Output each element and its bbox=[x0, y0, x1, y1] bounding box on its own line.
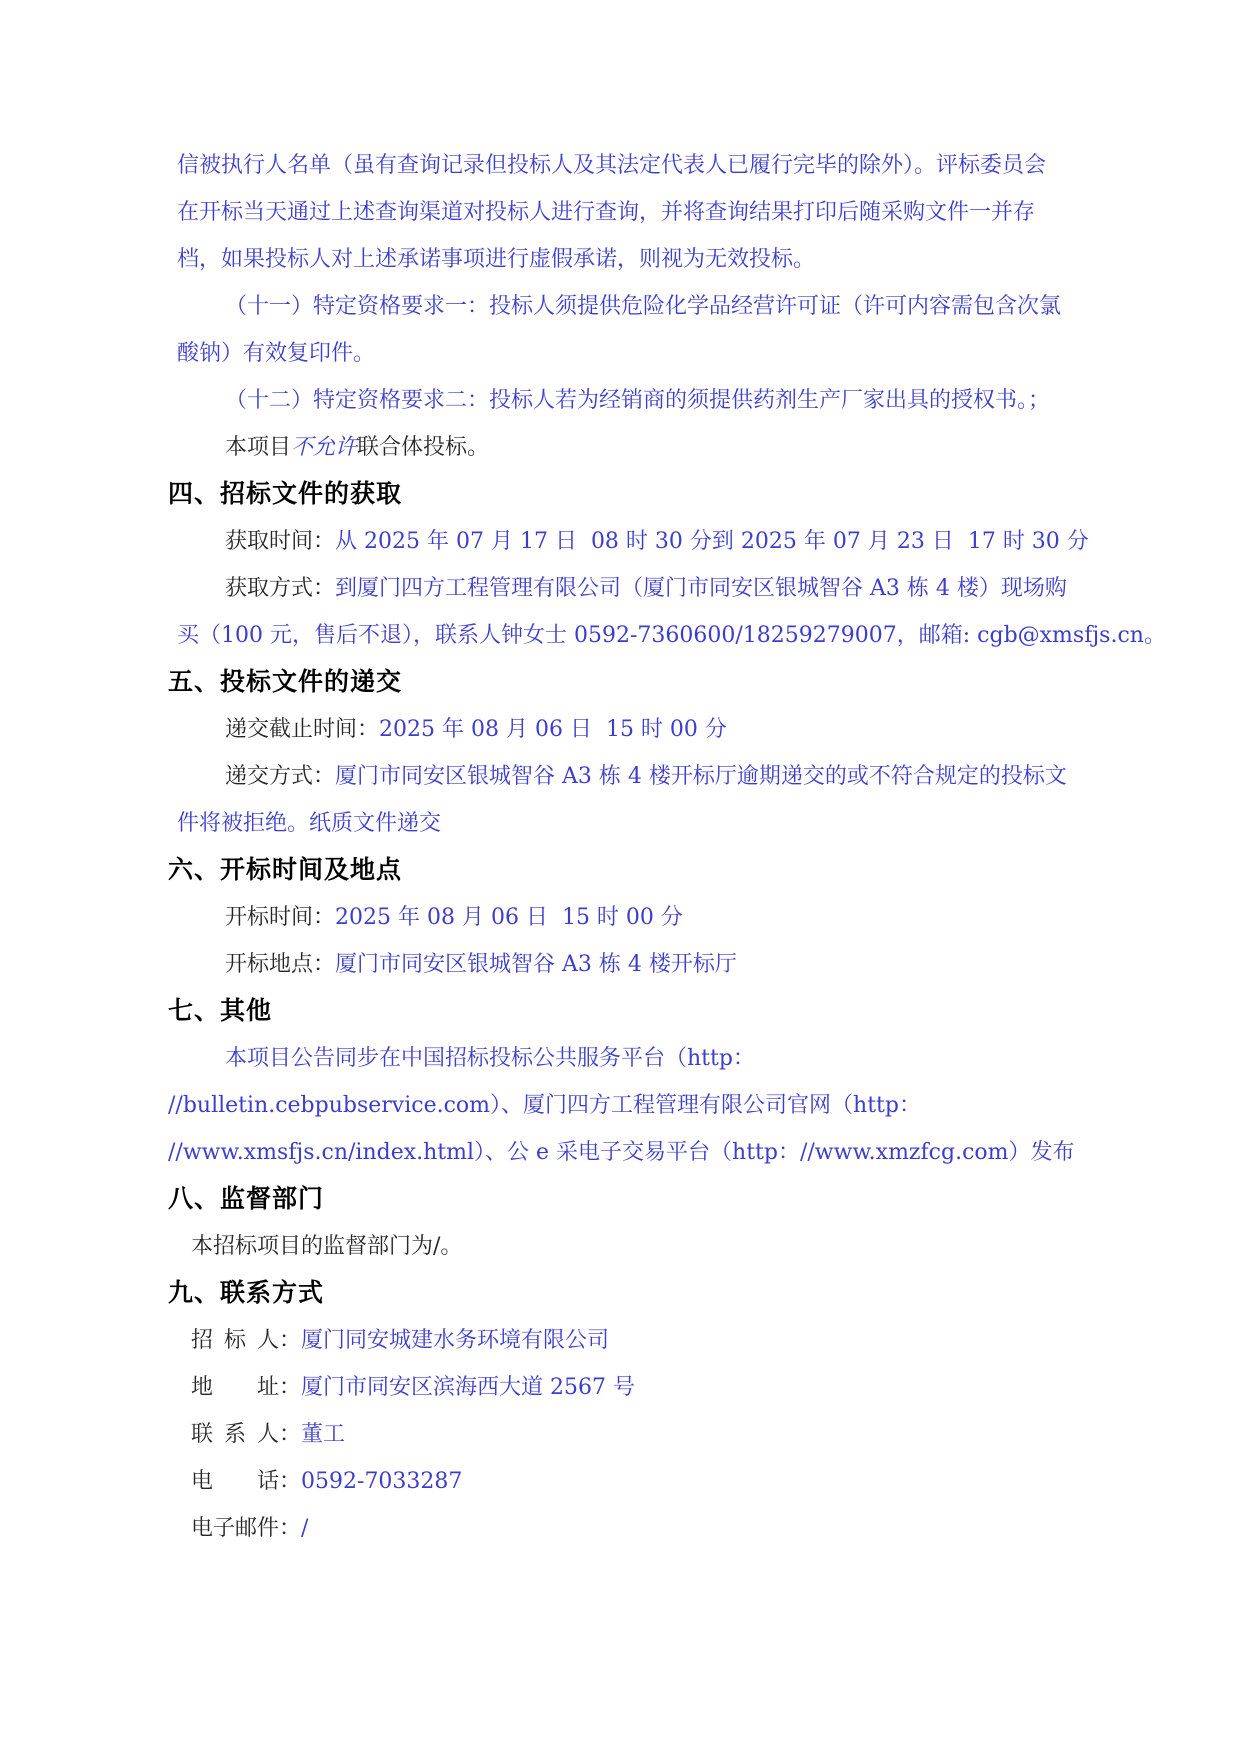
text-line: 获取方式：到厦门四方工程管理有限公司（厦门市同安区银城智谷 A3 栋 4 楼）现… bbox=[168, 565, 1083, 612]
heading-text: 六、开标时间及地点 bbox=[168, 856, 402, 884]
heading-text: 五、投标文件的递交 bbox=[168, 668, 402, 696]
text-line: 地 址：厦门市同安区滨海西大道 2567 号 bbox=[168, 1364, 1083, 1411]
text-segment: 电子邮件： bbox=[191, 1516, 301, 1541]
text-segment: / bbox=[301, 1516, 308, 1541]
text-segment: 开标时间： bbox=[225, 905, 335, 930]
text-line: //www.xmsfjs.cn/index.html）、公 e 采电子交易平台（… bbox=[168, 1129, 1083, 1176]
text-line: 获取时间：从 2025 年 07 月 17 日 08 时 30 分到 2025 … bbox=[168, 518, 1083, 565]
text-segment: //bulletin.cebpubservice.com）、厦门四方工程管理有限… bbox=[168, 1093, 921, 1118]
text-segment: 2025 年 08 月 06 日 15 时 00 分 bbox=[379, 717, 727, 742]
text-segment: 0592-7033287 bbox=[301, 1469, 462, 1494]
text-line: 电子邮件：/ bbox=[168, 1505, 1083, 1552]
text-line: 本项目公告同步在中国招标投标公共服务平台（http： bbox=[168, 1035, 1083, 1082]
section-heading-5: 八、监督部门 bbox=[168, 1176, 1083, 1223]
section-heading-2: 五、投标文件的递交 bbox=[168, 659, 1083, 706]
section-heading-3: 六、开标时间及地点 bbox=[168, 847, 1083, 894]
text-segment: （十二）特定资格要求二：投标人若为经销商的须提供药剂生产厂家出具的授权书。； bbox=[225, 388, 1050, 413]
heading-text: 七、其他 bbox=[168, 997, 272, 1025]
text-line: 开标地点：厦门市同安区银城智谷 A3 栋 4 楼开标厅 bbox=[168, 941, 1083, 988]
section-heading-6: 九、联系方式 bbox=[168, 1270, 1083, 1317]
text-segment: 在开标当天通过上述查询渠道对投标人进行查询，并将查询结果打印后随采购文件一并存 bbox=[177, 200, 1035, 225]
text-line: 档，如果投标人对上述承诺事项进行虚假承诺，则视为无效投标。 bbox=[168, 236, 1083, 283]
text-segment: //www.xmsfjs.cn/index.html）、公 e 采电子交易平台（… bbox=[168, 1140, 1075, 1165]
text-segment: 招 标 人： bbox=[191, 1328, 301, 1353]
text-segment: 董工 bbox=[301, 1422, 345, 1447]
text-segment: 到厦门四方工程管理有限公司（厦门市同安区银城智谷 A3 栋 4 楼）现场购 bbox=[335, 576, 1067, 601]
text-segment: 厦门市同安区滨海西大道 2567 号 bbox=[301, 1375, 635, 1400]
text-segment: 递交截止时间： bbox=[225, 717, 379, 742]
text-segment: 本项目公告同步在中国招标投标公共服务平台（http： bbox=[225, 1046, 755, 1071]
text-segment: 递交方式： bbox=[225, 764, 335, 789]
text-segment: 地 址： bbox=[191, 1375, 301, 1400]
text-segment: 联 系 人： bbox=[191, 1422, 301, 1447]
text-line: 酸钠）有效复印件。 bbox=[168, 330, 1083, 377]
text-segment: 信被执行人名单（虽有查询记录但投标人及其法定代表人已履行完毕的除外）。评标委员会 bbox=[177, 153, 1046, 178]
text-segment: 联合体投标。 bbox=[357, 435, 489, 460]
text-segment: 档，如果投标人对上述承诺事项进行虚假承诺，则视为无效投标。 bbox=[177, 247, 815, 272]
text-segment: 本项目 bbox=[225, 435, 291, 460]
text-line: 开标时间：2025 年 08 月 06 日 15 时 00 分 bbox=[168, 894, 1083, 941]
text-line: 信被执行人名单（虽有查询记录但投标人及其法定代表人已履行完毕的除外）。评标委员会 bbox=[168, 142, 1083, 189]
section-heading-1: 四、招标文件的获取 bbox=[168, 471, 1083, 518]
text-segment: 厦门同安城建水务环境有限公司 bbox=[301, 1328, 609, 1353]
document-content: 信被执行人名单（虽有查询记录但投标人及其法定代表人已履行完毕的除外）。评标委员会… bbox=[168, 142, 1083, 1552]
heading-text: 四、招标文件的获取 bbox=[168, 480, 402, 508]
text-segment: 酸钠）有效复印件。 bbox=[177, 341, 375, 366]
heading-text: 九、联系方式 bbox=[168, 1279, 324, 1307]
text-segment: 本招标项目的监督部门为/。 bbox=[191, 1234, 462, 1259]
text-segment: 开标地点： bbox=[225, 952, 335, 977]
text-line: 买（100 元，售后不退），联系人钟女士 0592-7360600/182592… bbox=[168, 612, 1083, 659]
document-page: 信被执行人名单（虽有查询记录但投标人及其法定代表人已履行完毕的除外）。评标委员会… bbox=[0, 0, 1240, 1754]
text-line: （十一）特定资格要求一：投标人须提供危险化学品经营许可证（许可内容需包含次氯 bbox=[168, 283, 1083, 330]
text-segment: 厦门市同安区银城智谷 A3 栋 4 楼开标厅逾期递交的或不符合规定的投标文 bbox=[335, 764, 1067, 789]
text-line: 递交方式：厦门市同安区银城智谷 A3 栋 4 楼开标厅逾期递交的或不符合规定的投… bbox=[168, 753, 1083, 800]
text-segment: 件将被拒绝。纸质文件递交 bbox=[177, 811, 441, 836]
text-line: 联 系 人：董工 bbox=[168, 1411, 1083, 1458]
text-line: 本招标项目的监督部门为/。 bbox=[168, 1223, 1083, 1270]
text-line: 电 话：0592-7033287 bbox=[168, 1458, 1083, 1505]
text-line: 件将被拒绝。纸质文件递交 bbox=[168, 800, 1083, 847]
text-line: 在开标当天通过上述查询渠道对投标人进行查询，并将查询结果打印后随采购文件一并存 bbox=[168, 189, 1083, 236]
text-segment: 厦门市同安区银城智谷 A3 栋 4 楼开标厅 bbox=[335, 952, 737, 977]
text-segment: 电 话： bbox=[191, 1469, 301, 1494]
text-segment: 获取时间： bbox=[225, 529, 335, 554]
text-segment: 从 2025 年 07 月 17 日 08 时 30 分到 2025 年 07 … bbox=[335, 529, 1089, 554]
text-line: 本项目不允许联合体投标。 bbox=[168, 424, 1083, 471]
text-line: 招 标 人：厦门同安城建水务环境有限公司 bbox=[168, 1317, 1083, 1364]
text-segment: （十一）特定资格要求一：投标人须提供危险化学品经营许可证（许可内容需包含次氯 bbox=[225, 294, 1061, 319]
text-segment: 2025 年 08 月 06 日 15 时 00 分 bbox=[335, 905, 683, 930]
text-segment: 获取方式： bbox=[225, 576, 335, 601]
text-segment: 不允许 bbox=[291, 435, 357, 460]
section-heading-4: 七、其他 bbox=[168, 988, 1083, 1035]
heading-text: 八、监督部门 bbox=[168, 1185, 324, 1213]
text-line: //bulletin.cebpubservice.com）、厦门四方工程管理有限… bbox=[168, 1082, 1083, 1129]
text-segment: 买（100 元，售后不退），联系人钟女士 0592-7360600/182592… bbox=[177, 623, 1166, 648]
text-line: （十二）特定资格要求二：投标人若为经销商的须提供药剂生产厂家出具的授权书。； bbox=[168, 377, 1083, 424]
text-line: 递交截止时间：2025 年 08 月 06 日 15 时 00 分 bbox=[168, 706, 1083, 753]
